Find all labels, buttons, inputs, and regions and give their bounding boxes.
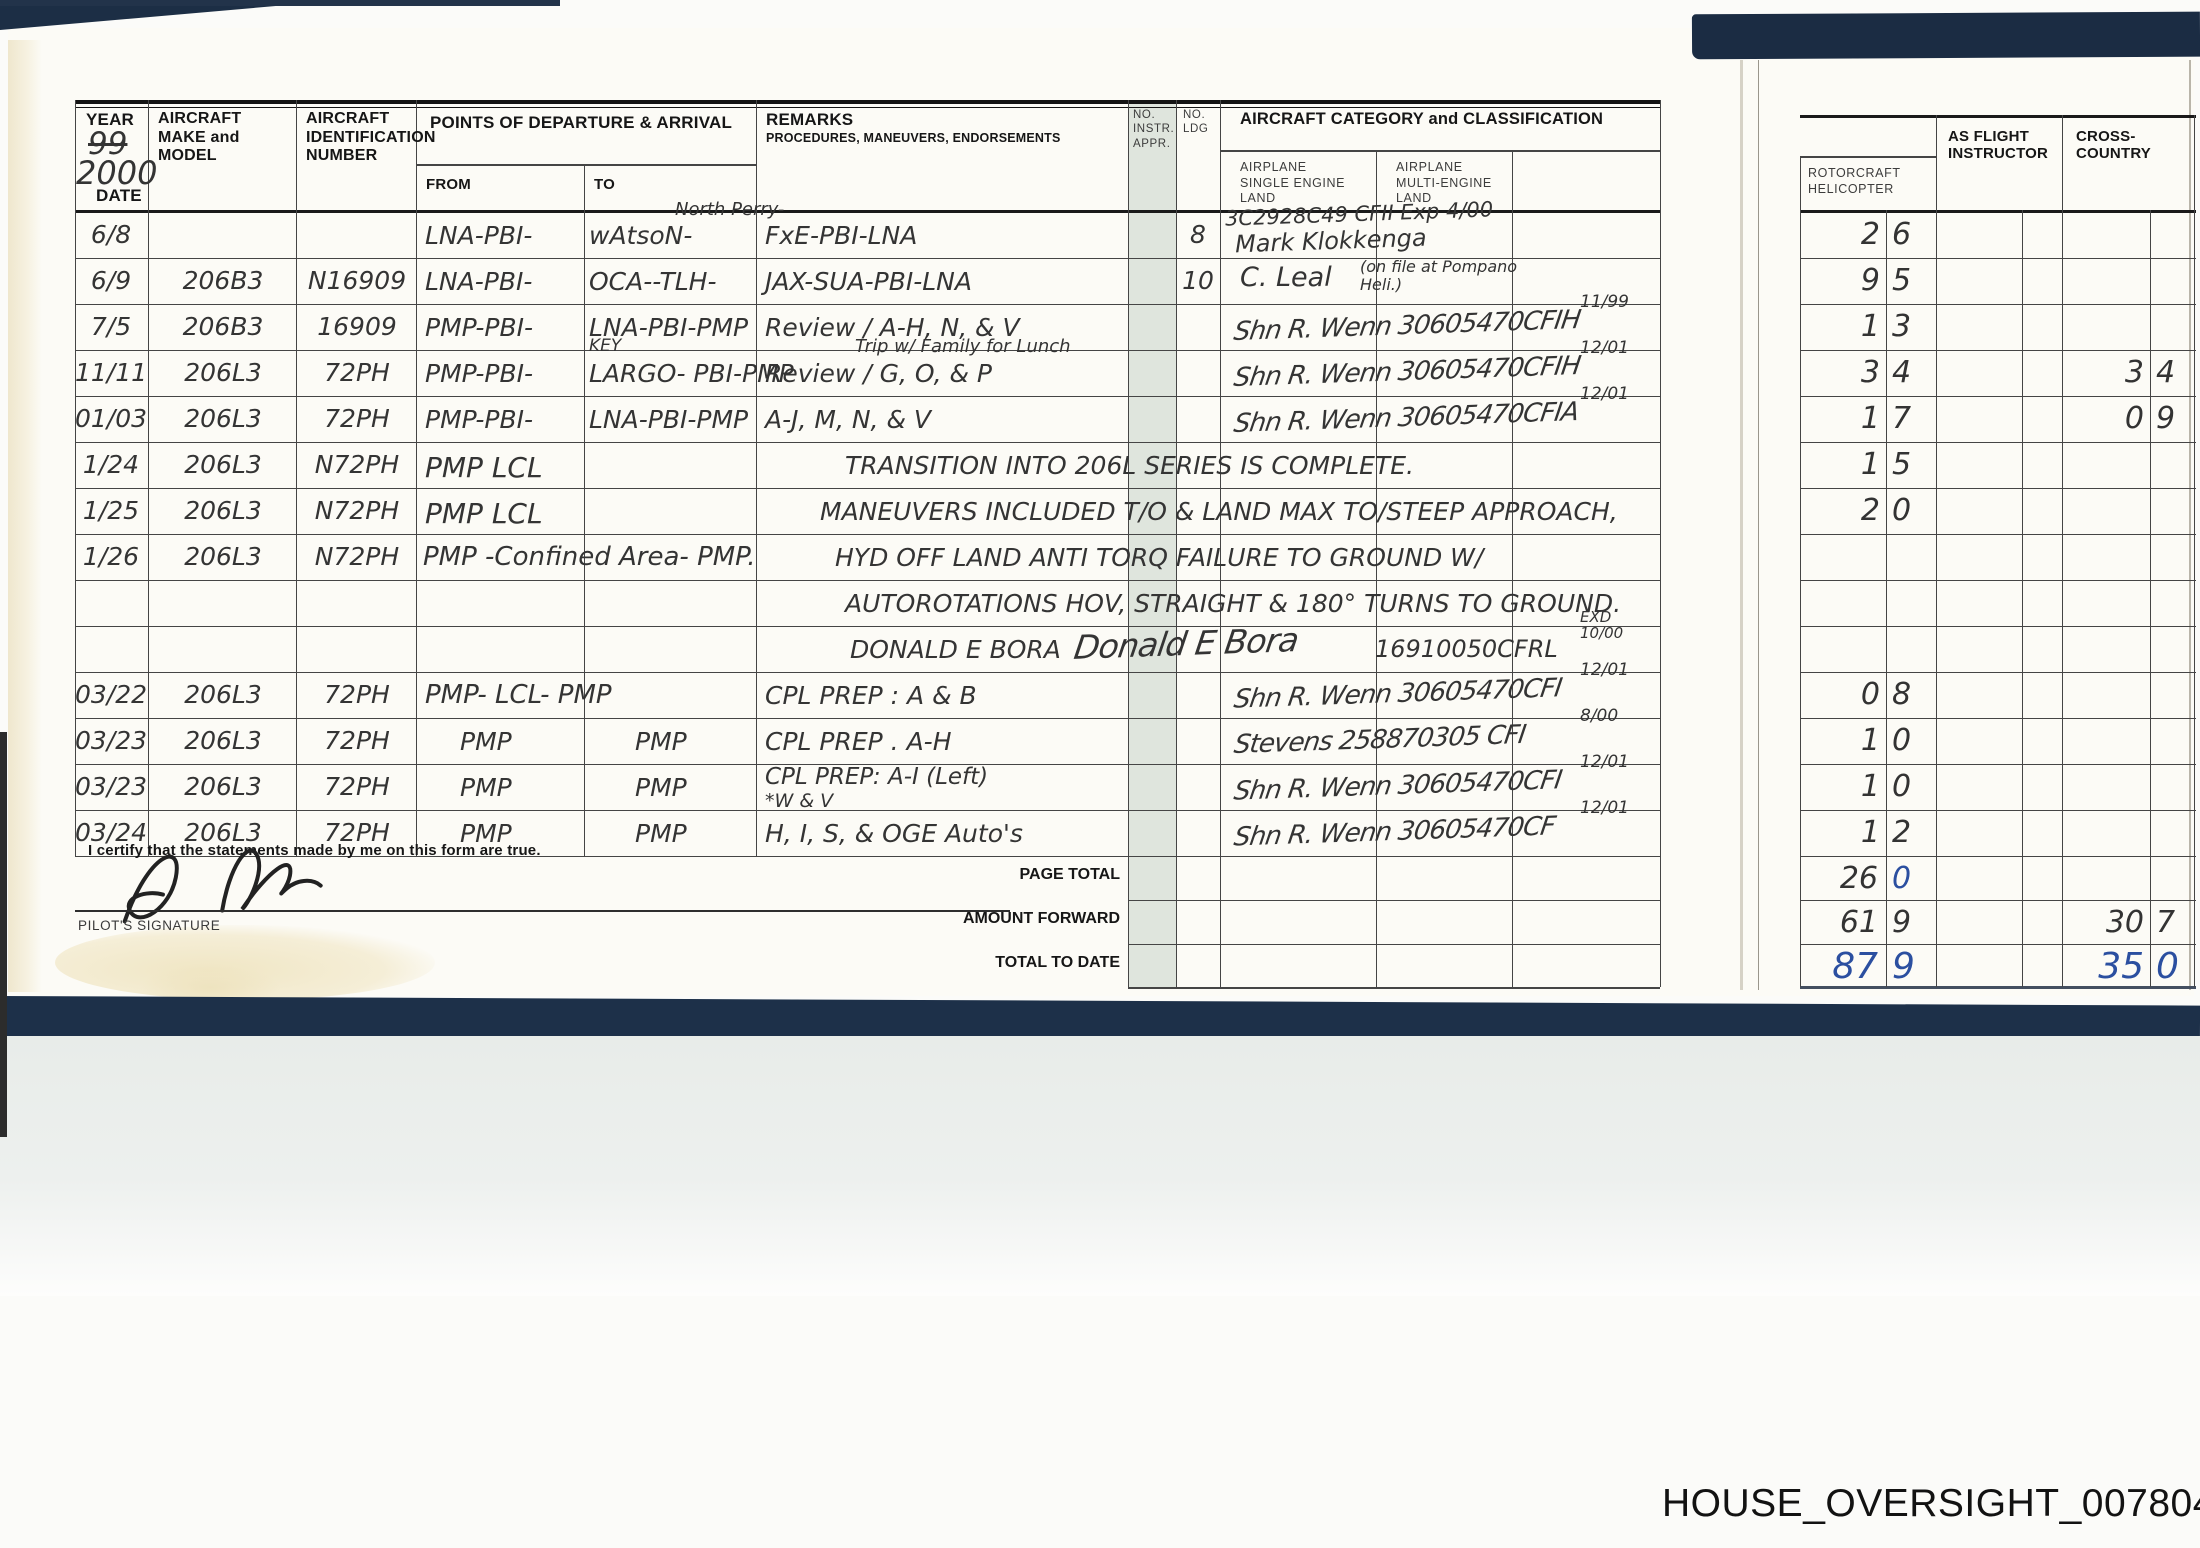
cell-route-to: OCA--TLH- [589,267,716,296]
logbook-row: 01/03 206L3 72PH PMP-PBI- LNA-PBI-PMP A-… [75,396,1695,442]
rotor-hours: 1 [1802,769,1880,804]
cell-ident: N72PH [301,450,413,479]
cell-landings: 10 [1176,266,1220,295]
rotor-tenths: 0 [1892,723,1911,758]
cell-route-from: PMP [460,727,512,756]
logbook-row: AUTOROTATIONS HOV, STRAIGHT & 180° TURNS… [75,580,1695,626]
cell-route-from: PMP LCL [425,451,543,484]
total-rotor-hours: 87 [1792,946,1878,987]
cell-remarks: CPL PREP : A & B [765,681,977,710]
scanner-background [0,1036,2200,1296]
logbook-row: 11/11 206L3 72PH PMP-PBI- KEY LARGO- PBI… [75,350,1695,396]
grid-line [1800,156,1936,158]
cell-date: 03/22 [75,680,147,709]
cell-pilot-signature: Donald E Bora [1072,620,1301,667]
cell-date: 6/9 [75,266,147,295]
rotor-hours: 1 [1802,723,1880,758]
cell-remarks: CPL PREP . A-H [765,727,952,756]
cell-make: 206L3 [153,496,293,525]
logbook-row: 6/9 206B3 N16909 LNA-PBI- OCA--TLH- JAX-… [75,258,1695,304]
cell-signature-date: 12/01 [1580,338,1629,358]
cell-ident: 72PH [301,772,413,801]
signature-line [75,910,1010,912]
page-total-row: 26 0 [1800,856,2196,902]
rotorcraft-helicopter-header: ROTORCRAFT HELICOPTER [1808,166,1918,197]
rotor-tenths: 3 [1892,309,1911,344]
remarks-subheader: PROCEDURES, MANEUVERS, ENDORSEMENTS [766,131,1061,146]
grid-line [416,164,756,166]
cell-route-from: PMP-PBI- [425,313,533,342]
logbook-row: DONALD E BORA Donald E Bora 16910050CFRL… [75,626,1695,672]
grid-line [1128,944,1660,945]
rotor-hours: 9 [1802,263,1880,298]
amount-forward-label: AMOUNT FORWARD [940,910,1120,928]
grid-line [1128,987,1660,989]
cell-date: 7/5 [75,312,147,341]
cell-remarks: MANEUVERS INCLUDED T/O & LAND MAX TO/STE… [820,497,1618,526]
pilot-signature-label: PILOT'S SIGNATURE [78,918,220,933]
logbook-row: 6/8 LNA-PBI- wAtsoN- North Perry- FxE-PB… [75,212,1695,258]
binder-edge-top-right [1692,12,2200,60]
rotor-tenths: 6 [1892,217,1911,252]
rotor-hours: 1 [1802,815,1880,850]
rotor-hours: 1 [1802,309,1880,344]
binder-edge-left [0,732,7,1137]
aircraft-make-header: AIRCRAFT MAKE and MODEL [158,110,283,166]
cell-remarks: CPL PREP: A-I (Left) [765,764,988,790]
rotor-hours: 1 [1802,447,1880,482]
cross-country-header: CROSS-COUNTRY [2076,128,2176,163]
cell-date: 1/24 [75,450,147,479]
cell-make: 206L3 [153,358,293,387]
cell-date: 03/23 [75,772,147,801]
cell-make: 206L3 [153,542,293,571]
rotor-hours: 1 [1802,401,1880,436]
cell-route-from: PMP [460,773,512,802]
cell-ident: 72PH [301,680,413,709]
amount-forward-rotor-tenths: 9 [1892,905,1911,940]
rotor-tenths: 8 [1892,677,1911,712]
hours-row: 1 0 [1800,764,2196,810]
page-fold-line [1758,60,1759,990]
cell-make: 206L3 [153,450,293,479]
cell-endorsement-note: (on file at Pompano Heli.) [1360,258,1530,293]
rotor-tenths: 0 [1892,769,1911,804]
logbook-row: 1/25 206L3 N72PH PMP LCL MANEUVERS INCLU… [75,488,1695,534]
cell-endorsement-name: Mark Klokkenga [1235,224,1427,259]
no-instr-appr-header: NO. INSTR. APPR. [1133,108,1173,151]
cell-route-note: North Perry- [675,199,784,220]
cell-remarks-line2: *W & V [765,790,833,812]
points-header: POINTS OF DEPARTURE & ARRIVAL [430,113,760,133]
hours-row: 2 0 [1800,488,2196,534]
cell-pilot-name: DONALD E BORA [850,635,1061,664]
cross-country-tenths: 9 [2156,401,2175,436]
cell-signature-date: 8/00 [1580,706,1618,726]
cell-make: 206B3 [153,266,293,295]
bates-stamp: HOUSE_OVERSIGHT_007804 [1662,1482,2200,1526]
cell-remarks: A-J, M, N, & V [765,405,931,434]
logbook-row: 03/23 206L3 72PH PMP PMP CPL PREP . A-H … [75,718,1695,764]
rotor-tenths: 2 [1892,815,1911,850]
cell-signature-date: 12/01 [1580,798,1629,818]
cell-instructor-signature: Shn R. Wenn 30605470CFIA [1232,397,1580,439]
hours-row: 3 4 3 4 [1800,350,2196,396]
aircraft-ident-header: AIRCRAFT IDENTIFICATION NUMBER [306,110,411,166]
total-xc-hours: 35 [2046,946,2144,987]
category-header: AIRCRAFT CATEGORY and CLASSIFICATION [1240,110,1603,129]
page-total-label: PAGE TOTAL [940,866,1120,884]
cell-make: 206B3 [153,312,293,341]
grid-line [1220,150,1660,152]
grid-line [1128,900,1660,901]
rotor-hours: 0 [1802,677,1880,712]
rotor-hours: 2 [1802,217,1880,252]
cell-signature-date: 11/99 [1580,292,1629,312]
cell-instructor-signature: Shn R. Wenn 30605470CFI [1232,765,1563,806]
cell-remarks: TRANSITION INTO 206L SERIES IS COMPLETE. [845,451,1414,480]
amount-forward-rotor-hours: 61 [1792,905,1878,940]
cell-make: 206L3 [153,726,293,755]
page-fold-line [1740,60,1743,990]
amount-forward-xc-hours: 30 [2046,905,2144,940]
cell-route: PMP- LCL- PMP [425,680,612,710]
hours-row: 1 0 [1800,718,2196,764]
cell-date: 11/11 [75,358,147,387]
cell-ident: N72PH [301,496,413,525]
cell-route-from: PMP-PBI- [425,405,533,434]
cell-route: PMP -Confined Area- PMP. [423,542,756,572]
single-engine-land-header: AIRPLANE SINGLE ENGINE LAND [1240,160,1355,207]
total-xc-tenths: 0 [2156,946,2179,987]
remarks-header: REMARKS [766,110,853,130]
hours-row: 0 8 [1800,672,2196,718]
cross-country-hours: 3 [2066,355,2144,390]
from-header: FROM [426,176,471,193]
cell-route-from: LNA-PBI- [425,221,532,250]
cell-remarks: JAX-SUA-PBI-LNA [765,267,972,296]
cell-make: 206L3 [153,404,293,433]
grid-line [1800,580,2196,581]
no-ldg-header: NO. LDG [1183,108,1217,137]
cell-date: 03/23 [75,726,147,755]
cross-country-hours: 0 [2066,401,2144,436]
cell-instructor-signature: Shn R. Wenn 30605470CFIH [1232,351,1582,393]
total-to-date-label: TOTAL TO DATE [940,954,1120,972]
cell-route-to: LARGO- PBI-PMP [589,359,794,388]
cell-signature-date: 12/01 [1580,384,1629,404]
cell-remarks: HYD OFF LAND ANTI TORQ FAILURE TO GROUND… [835,543,1483,572]
cell-route-to: wAtsoN- [589,221,692,250]
cell-ident: N16909 [301,266,413,295]
cell-remarks: AUTOROTATIONS HOV, STRAIGHT & 180° TURNS… [845,589,1621,618]
cell-make: 206L3 [153,772,293,801]
page-total-rotor-hours: 26 [1792,861,1878,896]
cell-signature-date: 12/01 [1580,660,1629,680]
cell-date: 1/25 [75,496,147,525]
cell-instructor-signature: Shn R. Wenn 30605470CF [1232,811,1557,852]
cell-remarks-note: Trip w/ Family for Lunch [855,336,1071,357]
cell-route-to: PMP [635,727,687,756]
cell-endorsement: C. Leal [1240,262,1332,293]
rotor-tenths: 7 [1892,401,1911,436]
cell-ident: 72PH [301,726,413,755]
rotor-hours: 3 [1802,355,1880,390]
cell-landings: 8 [1176,220,1220,249]
cell-instructor-signature: Shn R. Wenn 30605470CFIH [1232,305,1582,347]
total-to-date-row: 87 9 35 0 [1800,941,2196,987]
cell-route-note: KEY [589,336,621,356]
cell-date: 6/8 [75,220,147,249]
scanned-logbook-page: YEAR 99 2000 DATE AIRCRAFT MAKE and MODE… [0,0,2200,1548]
grid-line [75,100,1660,104]
cell-ident: N72PH [301,542,413,571]
total-rotor-tenths: 9 [1892,946,1915,987]
cell-make: 206L3 [153,680,293,709]
cell-ident: 16909 [301,312,413,341]
cell-route-to: PMP [635,773,687,802]
rotor-hours: 2 [1802,493,1880,528]
hours-row: 1 2 [1800,810,2196,856]
cell-remarks: FxE-PBI-LNA [765,221,917,250]
cell-route-to: LNA-PBI-PMP [589,405,748,434]
logbook-row: 1/26 206L3 N72PH PMP -Confined Area- PMP… [75,534,1695,580]
hours-row: 1 7 0 9 [1800,396,2196,442]
page-total-rotor-tenths: 0 [1892,861,1911,896]
cell-instructor-signature: Shn R. Wenn 30605470CFI [1232,673,1563,714]
grid-line [75,107,1660,108]
cell-date: 01/03 [75,404,147,433]
amount-forward-xc-tenths: 7 [2156,905,2175,940]
to-header: TO [594,176,615,193]
hours-row: 9 5 [1800,258,2196,304]
as-flight-instructor-header: AS FLIGHT INSTRUCTOR [1948,128,2048,163]
cell-route-from: PMP LCL [425,497,543,530]
cell-certificate-number: 16910050CFRL [1375,635,1558,663]
logbook-row: 03/23 206L3 72PH PMP PMP CPL PREP: A-I (… [75,764,1695,810]
amount-forward-row: 61 9 30 7 [1800,900,2196,946]
cell-expiration: EXD 10/00 [1580,610,1640,642]
hours-row: 1 3 [1800,304,2196,350]
grid-line [1800,626,2196,627]
rotor-tenths: 4 [1892,355,1911,390]
cell-ident: 72PH [301,404,413,433]
cell-route-from: PMP-PBI- [425,359,533,388]
page-edge-shadow [8,40,42,992]
hours-row: 2 6 [1800,212,2196,258]
cell-ident: 72PH [301,358,413,387]
rotor-tenths: 5 [1892,263,1911,298]
cross-country-tenths: 4 [2156,355,2175,390]
cell-remarks: H, I, S, & OGE Auto's [765,819,1023,848]
grid-line [1800,115,2196,118]
cell-remarks: Review / G, O, & P [765,359,992,388]
cell-date: 1/26 [75,542,147,571]
grid-line [1800,534,2196,535]
logbook-row: 03/22 206L3 72PH PMP- LCL- PMP CPL PREP … [75,672,1695,718]
cell-route-from: LNA-PBI- [425,267,532,296]
rotor-tenths: 5 [1892,447,1911,482]
cell-signature-date: 12/01 [1580,752,1629,772]
hours-row: 1 5 [1800,442,2196,488]
logbook-row: 1/24 206L3 N72PH PMP LCL TRANSITION INTO… [75,442,1695,488]
date-column-header: DATE [96,186,142,206]
cell-instructor-signature: Stevens 258870305 CFI [1232,720,1527,760]
rotor-tenths: 0 [1892,493,1911,528]
binder-edge-top [0,0,560,6]
